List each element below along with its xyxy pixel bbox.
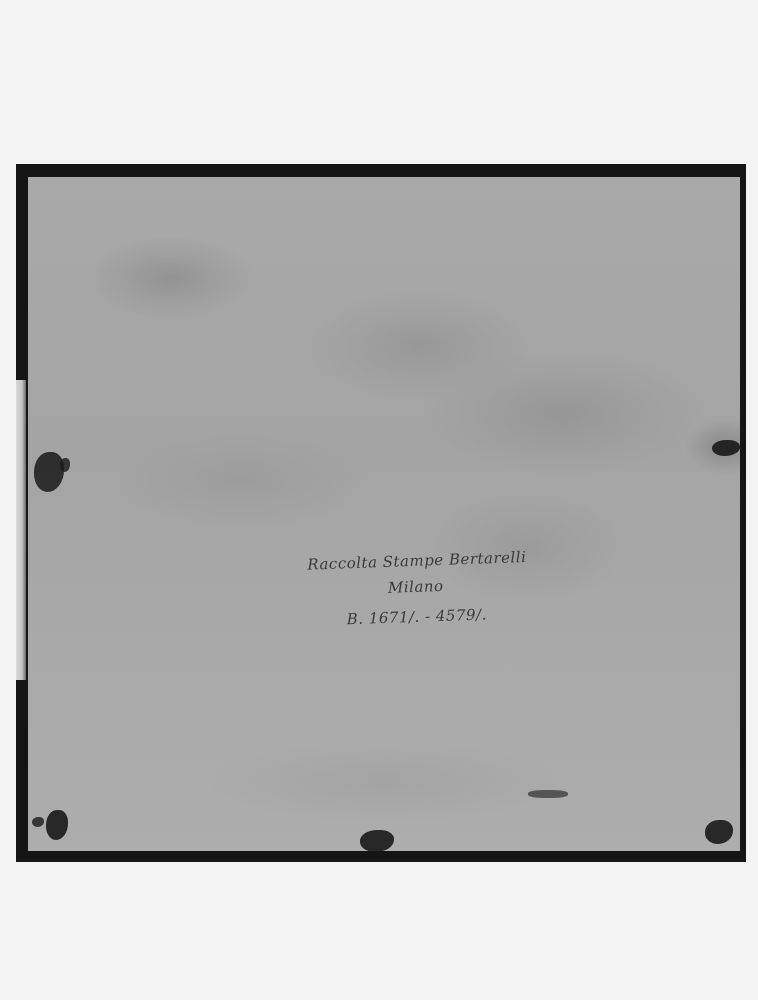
- paper-back-surface: [28, 177, 740, 851]
- speckles-bottom-right: [528, 790, 568, 798]
- photo-print-frame: [16, 164, 746, 862]
- mounting-tape-strip: [16, 380, 26, 680]
